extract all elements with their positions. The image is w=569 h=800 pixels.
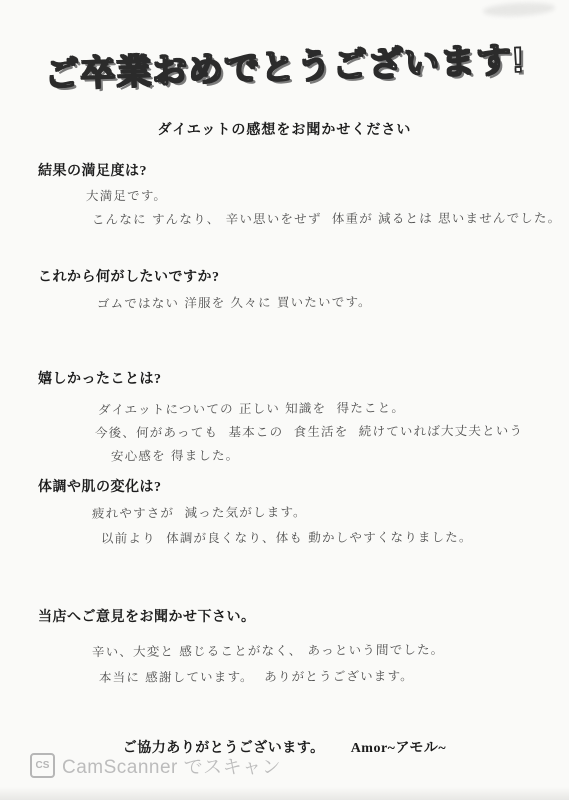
answer-line: ゴムではない 洋服を 久々に 買いたいです。 — [97, 292, 372, 312]
scanned-feedback-form: ご卒業おめでとうございます! ダイエットの感想をお聞かせください 結果の満足度は… — [0, 0, 569, 800]
answer-line: 以前より 体調が良くなり、体も 動かしやすくなりました。 — [101, 527, 473, 546]
answer-line: 安心感を 得ました。 — [111, 446, 240, 465]
scan-smudge — [483, 1, 556, 18]
answer-line: ダイエットについての 正しい 知識を 得たこと。 — [98, 398, 405, 418]
question-condition-label: 体調や肌の変化は? — [38, 476, 162, 496]
answer-line: 本当に 感謝しています。 ありがとうございます。 — [99, 666, 414, 686]
scan-edge-shadow — [0, 787, 569, 800]
question-happy-label: 嬉しかったことは? — [38, 368, 162, 388]
answer-line: 辛い、大変と 感じることがなく、 あっという間でした。 — [92, 640, 445, 660]
camscanner-watermark-text: CamScanner でスキャン — [62, 752, 281, 779]
form-title: ご卒業おめでとうございます! — [0, 31, 569, 99]
question-future-label: これから何がしたいですか? — [38, 266, 220, 286]
answer-line: 大満足です。 — [86, 186, 168, 205]
camscanner-watermark: CS CamScanner でスキャン — [30, 752, 281, 779]
answer-line: 今後、何があっても 基本この 食生活を 続けていれば大丈夫という — [95, 421, 524, 441]
brand-name: Amor~アモル~ — [351, 737, 447, 757]
answer-line: 疲れやすさが 減った気がします。 — [92, 502, 307, 522]
form-subtitle: ダイエットの感想をお聞かせください — [0, 119, 569, 139]
answer-line: こんなに すんなり、 辛い思いをせず 体重が 減るとは 思いませんでした。 — [92, 208, 562, 228]
question-satisfaction-label: 結果の満足度は? — [38, 160, 147, 180]
camscanner-icon: CS — [30, 753, 55, 778]
question-shop-feedback-label: 当店へご意見をお聞かせ下さい。 — [38, 606, 256, 626]
